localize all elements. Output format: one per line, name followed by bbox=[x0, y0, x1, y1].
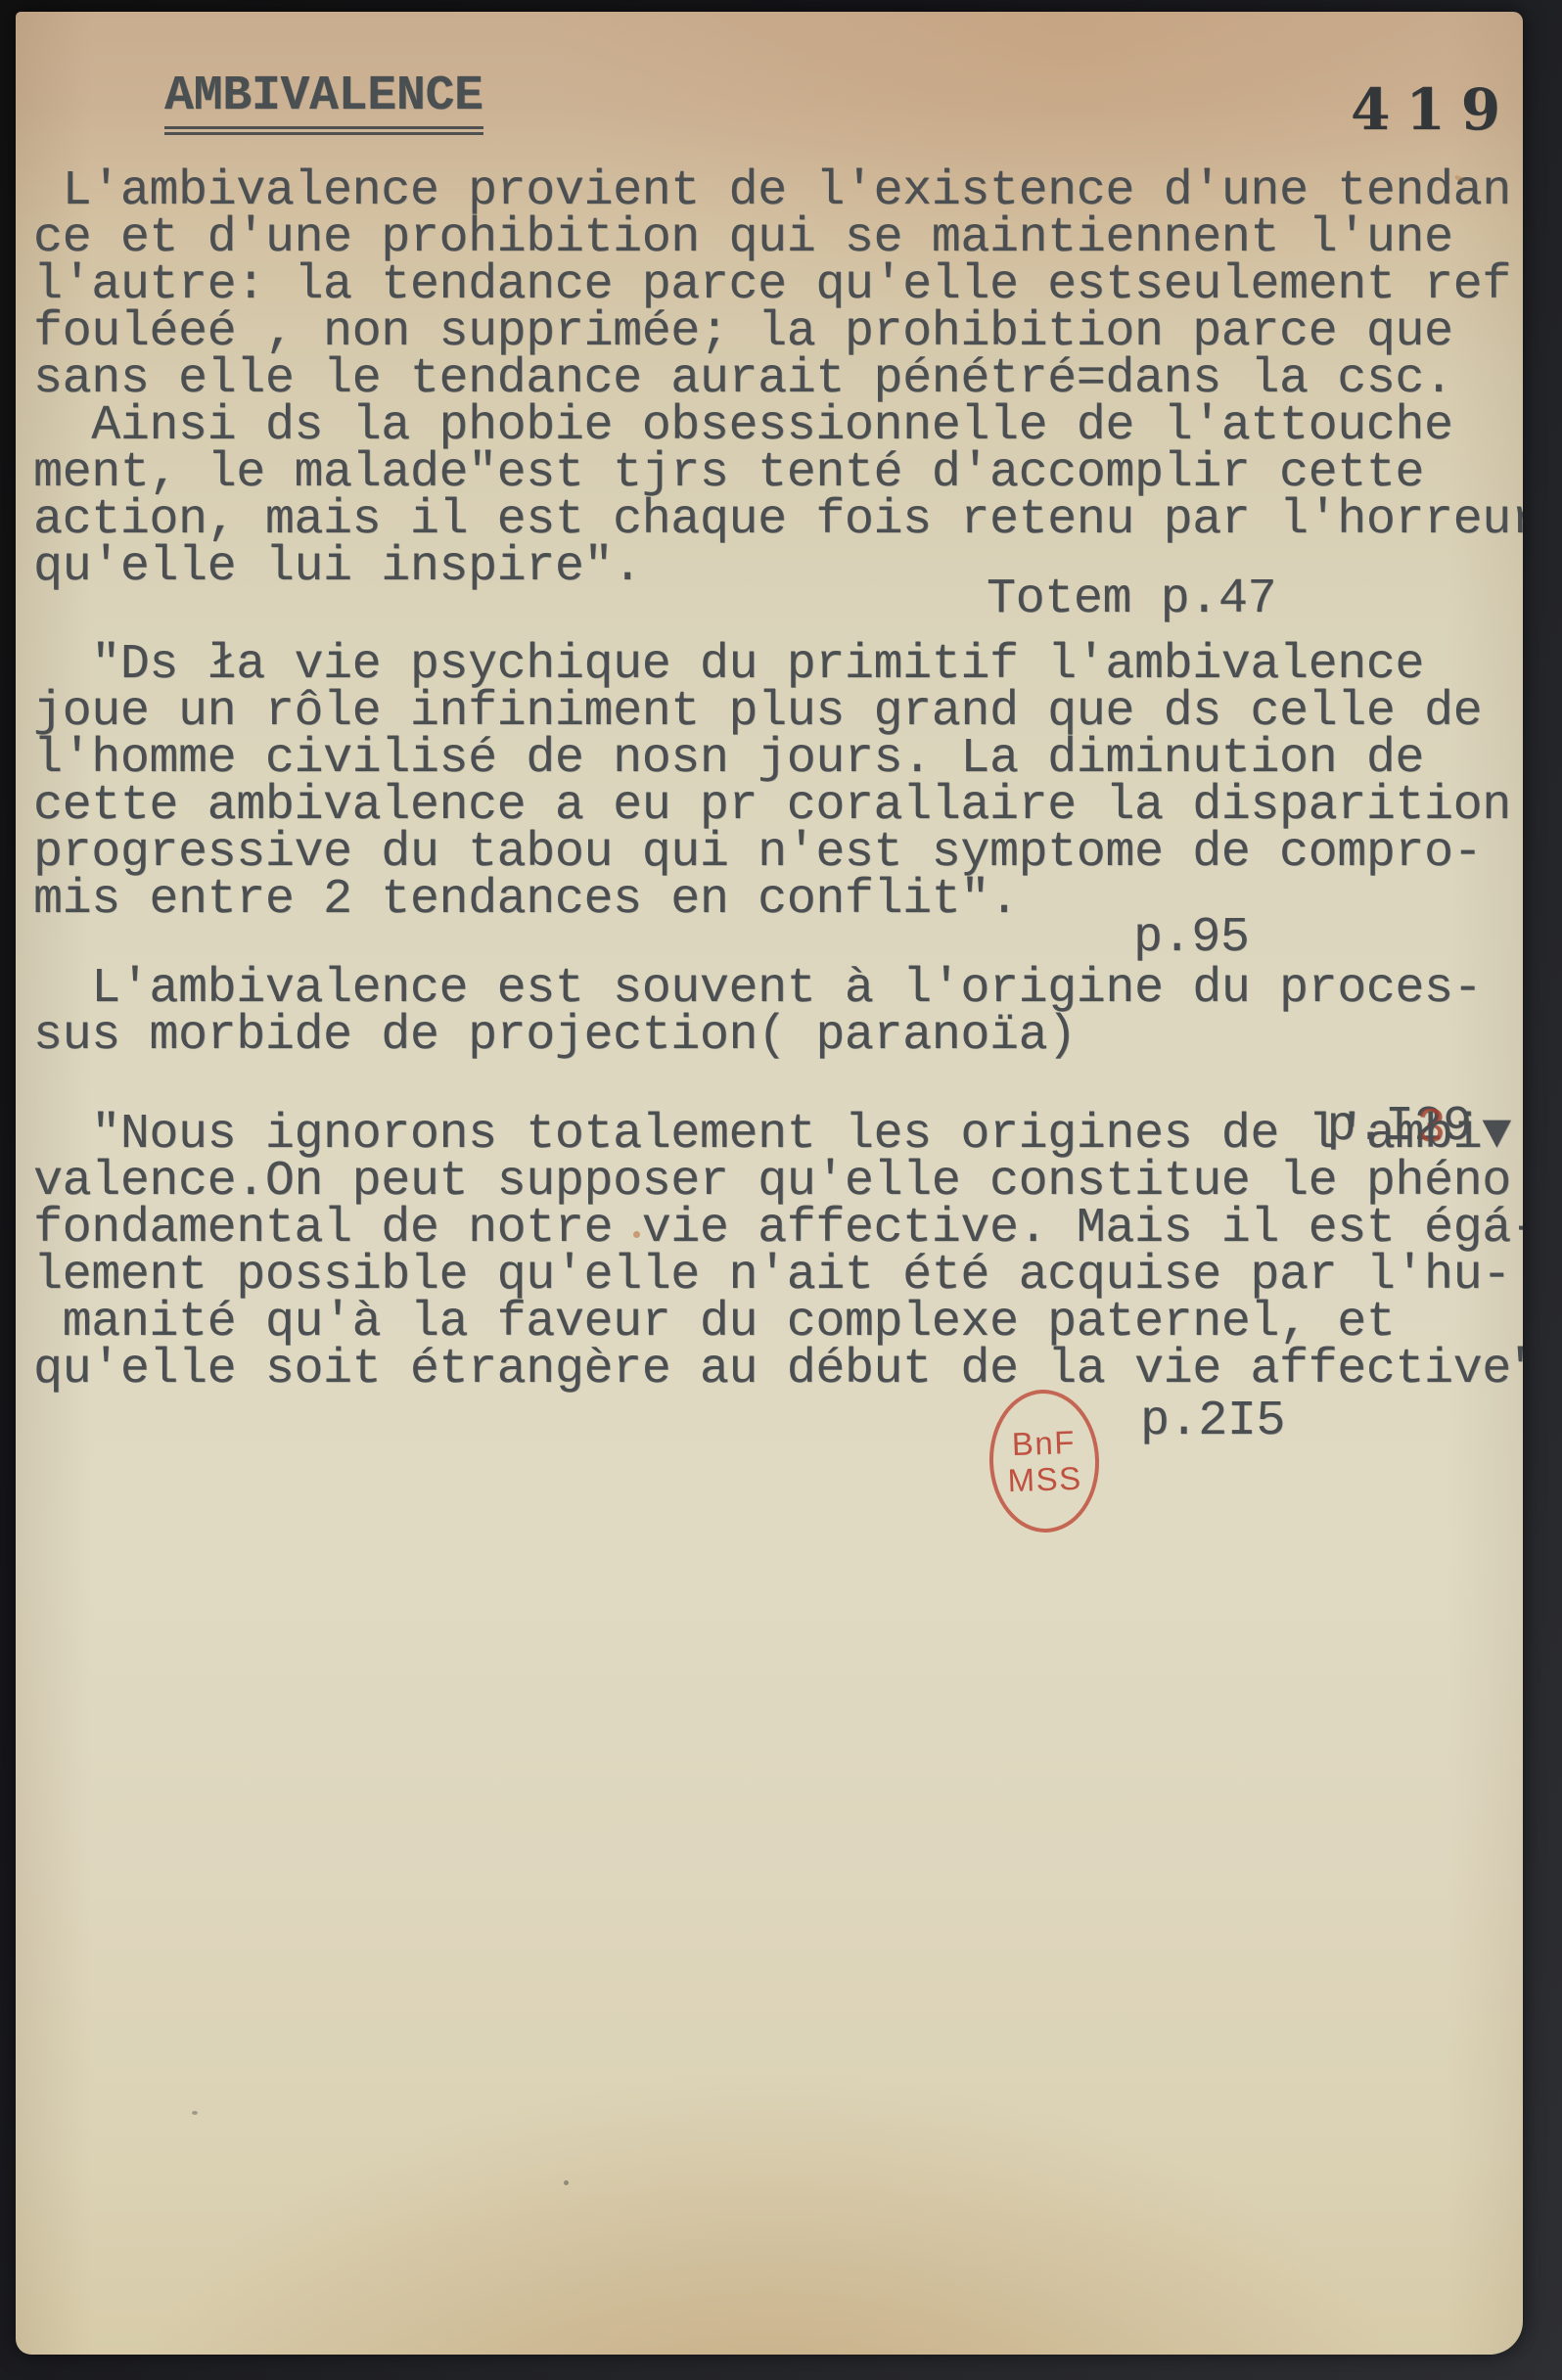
scan-background: AMBIVALENCE 419 L'ambivalence provient d… bbox=[0, 0, 1562, 2380]
typewritten-line: "Ds ła vie psychique du primitif l'ambiv… bbox=[33, 637, 1511, 684]
typewritten-line: manité qu'à la faveur du complexe patern… bbox=[33, 1295, 1523, 1342]
typewritten-line: valence.On peut supposer qu'elle constit… bbox=[33, 1154, 1523, 1201]
typewritten-line: qu'elle soit étrangère au début de la vi… bbox=[33, 1342, 1523, 1389]
typewritten-line: "Nous ignorons totalement les origines d… bbox=[33, 1107, 1523, 1154]
typewritten-line: L'ambivalence provient de l'existence d'… bbox=[33, 163, 1523, 210]
bnf-mss-stamp: BnF MSS bbox=[987, 1388, 1101, 1534]
card-heading: AMBIVALENCE bbox=[164, 69, 483, 124]
card-title: AMBIVALENCE bbox=[164, 69, 483, 135]
typewritten-line: fondamental de notre vie affective. Mais… bbox=[33, 1201, 1523, 1248]
typewritten-paragraph-2: "Ds ła vie psychique du primitif l'ambiv… bbox=[33, 637, 1511, 919]
typewritten-line: sans elle le tendance aurait pénétré=dan… bbox=[33, 351, 1523, 398]
typewritten-line: L'ambivalence est souvent à l'origine du… bbox=[33, 961, 1482, 1008]
citation-p95: p.95 bbox=[1133, 910, 1249, 966]
typewritten-line: Ainsi ds la phobie obsessionnelle de l'a… bbox=[33, 398, 1523, 445]
paper-stain bbox=[564, 2180, 569, 2185]
typewritten-line: fouléeé , non supprimée; la prohibition … bbox=[33, 304, 1523, 351]
typewritten-line: cette ambivalence a eu pr corallaire la … bbox=[33, 778, 1511, 825]
typewritten-line: lement possible qu'elle n'ait été acquis… bbox=[33, 1248, 1523, 1295]
typewritten-line: action, mais il est chaque fois retenu p… bbox=[33, 492, 1523, 539]
paper-stain bbox=[192, 2111, 198, 2115]
typewritten-line: l'autre: la tendance parce qu'elle estse… bbox=[33, 257, 1523, 304]
typewritten-line: progressive du tabou qui n'est symptome … bbox=[33, 825, 1511, 872]
index-card: AMBIVALENCE 419 L'ambivalence provient d… bbox=[16, 12, 1523, 2355]
paper-stain bbox=[633, 1231, 640, 1238]
citation-totem-p47: Totem p.47 bbox=[987, 572, 1276, 627]
typewritten-paragraph-4: "Nous ignorons totalement les origines d… bbox=[33, 1107, 1523, 1389]
typewritten-paragraph-3: L'ambivalence est souvent à l'origine du… bbox=[33, 961, 1482, 1055]
bnf-stamp-line2: MSS bbox=[1007, 1460, 1082, 1499]
typewritten-line: joue un rôle infiniment plus grand que d… bbox=[33, 684, 1511, 731]
citation-p215: p.2I5 bbox=[1140, 1394, 1285, 1449]
typewritten-line: l'homme civilisé de nosn jours. La dimin… bbox=[33, 731, 1511, 778]
page-number-stamp: 419 bbox=[1351, 76, 1516, 143]
bnf-stamp-line1: BnF bbox=[1011, 1424, 1076, 1462]
typewritten-paragraph-1: L'ambivalence provient de l'existence d'… bbox=[33, 163, 1523, 586]
typewritten-line: ce et d'une prohibition qui se maintienn… bbox=[33, 210, 1523, 257]
typewritten-line: ment, le malade"est tjrs tenté d'accompl… bbox=[33, 445, 1523, 492]
